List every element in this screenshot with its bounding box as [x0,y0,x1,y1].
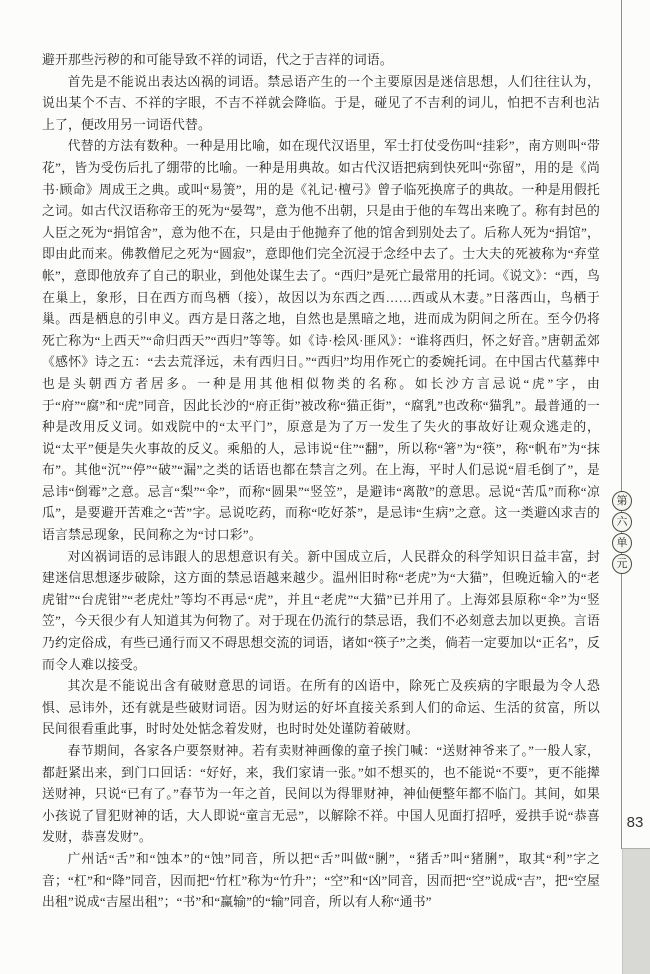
unit-tab-character: 第 [612,491,632,511]
paragraph: 春节期间，各家各户要祭财神。若有卖财神画像的童子挨门喊：“送财神爷来了。”一般人… [42,741,600,849]
margin-rule [621,0,622,849]
unit-tab-character: 元 [612,554,632,574]
paragraph: 广州话“舌”和“蚀本”的“蚀”同音，所以把“舌”叫做“脷”，“猪舌”叫“猪脷”，… [42,849,600,914]
unit-tab-character: 六 [612,512,632,532]
page-text: 避开那些污秽的和可能导致不祥的词语，代之于吉祥的词语。首先是不能说出表达凶祸的词… [42,50,600,914]
unit-tab: 第六单元 [611,491,633,574]
paragraph: 代替的方法有数种。一种是用比喻，如在现代汉语里，军士打仗受伤叫“挂彩”，南方则叫… [42,136,600,546]
paragraph: 其次是不能说出含有破财意思的词语。在所有的凶语中，除死亡及疾病的字眼最为令人恐惧… [42,676,600,741]
page-edge-shadow [622,848,650,974]
book-page: 避开那些污秽的和可能导致不祥的词语，代之于吉祥的词语。首先是不能说出表达凶祸的词… [0,0,650,974]
page-number: 83 [620,814,650,831]
unit-tab-character: 单 [612,533,632,553]
paragraph: 对凶祸词语的忌讳跟人的思想意识有关。新中国成立后，人民群众的科学知识日益丰富，封… [42,547,600,677]
paragraph: 首先是不能说出表达凶祸的词语。禁忌语产生的一个主要原因是迷信思想，人们往往认为，… [42,72,600,137]
paragraph: 避开那些污秽的和可能导致不祥的词语，代之于吉祥的词语。 [42,50,600,72]
